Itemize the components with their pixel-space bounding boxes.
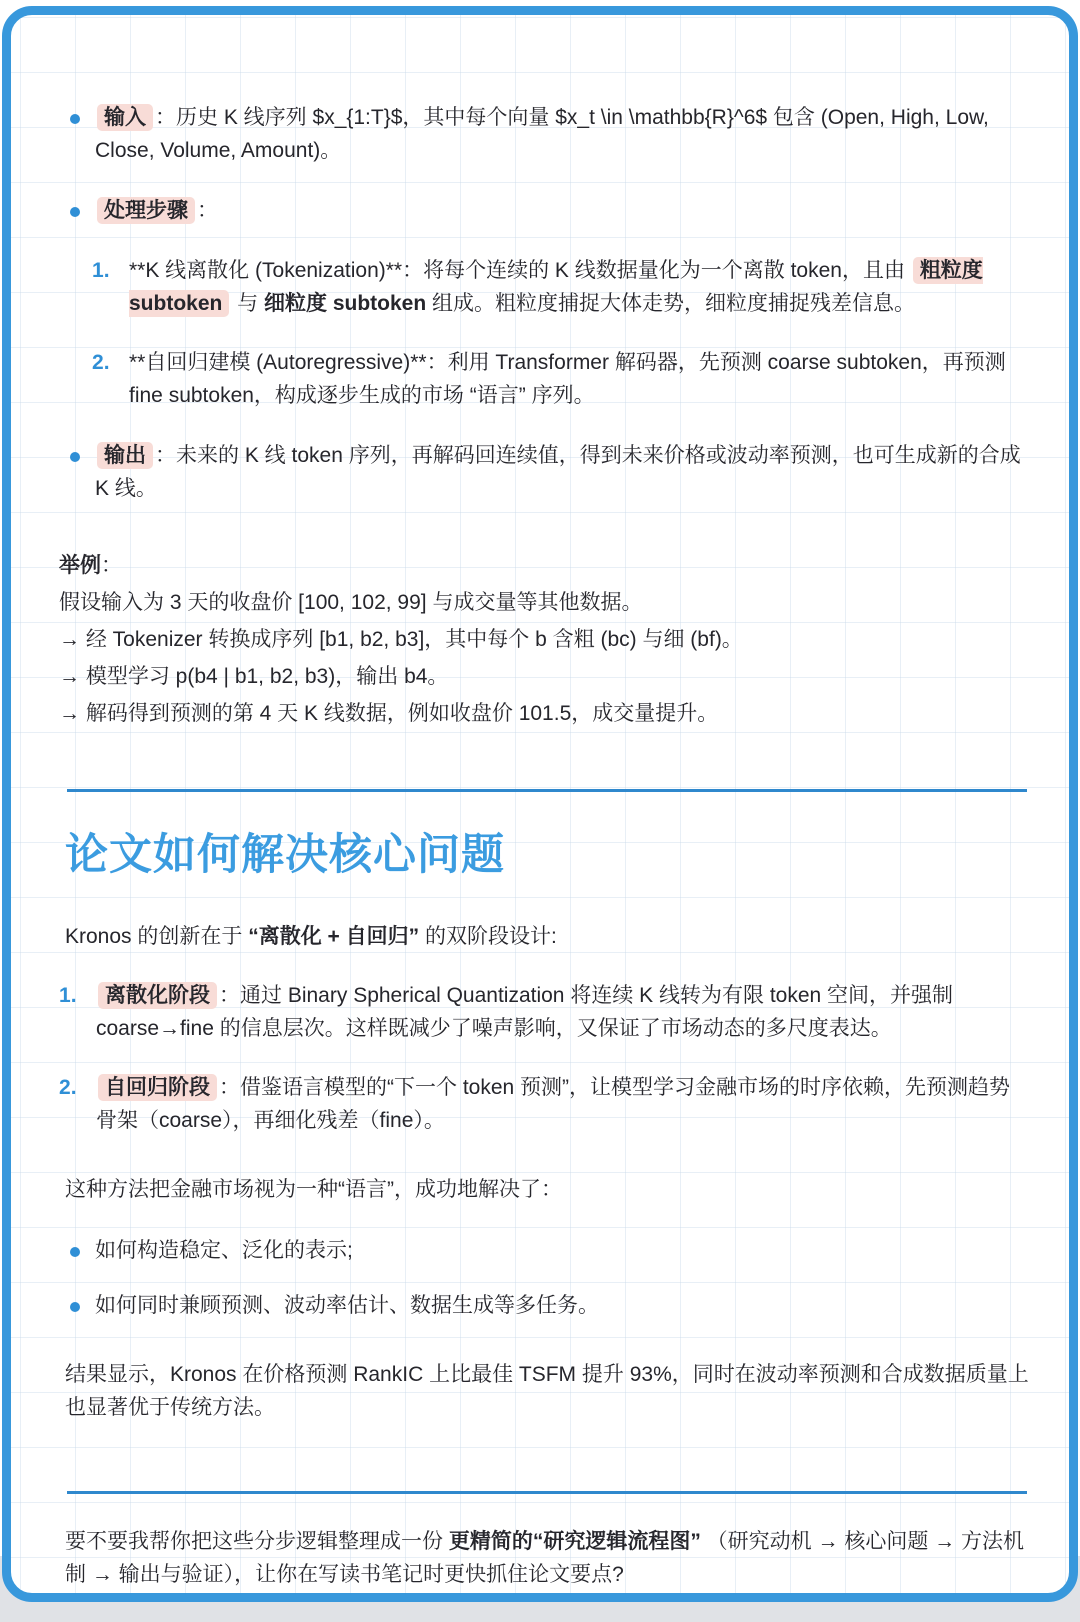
text-segment: ： xyxy=(197,199,218,222)
text-segment: 举例 xyxy=(59,554,101,577)
list-item-representation: 如何构造稳定、泛化的表示; xyxy=(59,1235,1031,1268)
text-segment: “离散化 + 自回归” xyxy=(248,925,419,948)
solved-problems-list: 如何构造稳定、泛化的表示; 如何同时兼顾预测、波动率估计、数据生成等多任务。 xyxy=(59,1235,1031,1323)
highlighted-term: 输入 xyxy=(97,104,153,131)
example-line: → 解码得到预测的第 4 天 K 线数据，例如收盘价 101.5，成交量提升。 xyxy=(59,698,1031,731)
output-bullet-list: 输出：未来的 K 线 token 序列，再解码回连续值，得到未来价格或波动率预测… xyxy=(59,440,1031,506)
example-title: 举例： xyxy=(59,550,1031,583)
process-steps-list: **K 线离散化 (Tokenization)**：将每个连续的 K 线数据量化… xyxy=(92,255,1031,413)
text-segment: → 模型学习 p(b4 | b1, b2, b3)，输出 b4。 xyxy=(59,665,448,688)
text-segment: ：历史 K 线序列 $x_{1:T}$，其中每个向量 $x_t \in \mat… xyxy=(95,106,989,162)
list-item-quantization-phase: 离散化阶段：通过 Binary Spherical Quantization 将… xyxy=(59,980,1031,1046)
list-item-input: 输入：历史 K 线序列 $x_{1:T}$，其中每个向量 $x_t \in \m… xyxy=(59,102,1031,168)
result-paragraph: 结果显示，Kronos 在价格预测 RankIC 上比最佳 TSFM 提升 93… xyxy=(65,1359,1031,1425)
list-item-process-label: 处理步骤： xyxy=(59,195,1031,228)
text-segment: 假设输入为 3 天的收盘价 [100, 102, 99] 与成交量等其他数据。 xyxy=(59,591,642,614)
text-segment: → 经 Tokenizer 转换成序列 [b1, b2, b3]，其中每个 b … xyxy=(59,628,743,651)
text-segment: 更精简的“研究逻辑流程图” xyxy=(449,1530,701,1553)
text-segment: 如何同时兼顾预测、波动率估计、数据生成等多任务。 xyxy=(95,1294,599,1317)
section-heading: 论文如何解决核心问题 xyxy=(65,830,1031,882)
text-segment: → 解码得到预测的第 4 天 K 线数据，例如收盘价 101.5，成交量提升。 xyxy=(59,702,718,725)
example-line: → 模型学习 p(b4 | b1, b2, b3)，输出 b4。 xyxy=(59,661,1031,694)
method-paragraph: 这种方法把金融市场视为一种“语言”，成功地解决了： xyxy=(65,1174,1031,1207)
closing-question-paragraph: 要不要我帮你把这些分步逻辑整理成一份 更精简的“研究逻辑流程图” （研究动机 →… xyxy=(65,1526,1031,1592)
highlighted-term: 离散化阶段 xyxy=(98,982,217,1009)
section-divider xyxy=(67,1491,1027,1494)
list-item-autoregressive: **自回归建模 (Autoregressive)**：利用 Transforme… xyxy=(92,347,1031,413)
kronos-intro-paragraph: Kronos 的创新在于 “离散化 + 自回归” 的双阶段设计: xyxy=(65,921,1031,954)
list-item-multitask: 如何同时兼顾预测、波动率估计、数据生成等多任务。 xyxy=(59,1290,1031,1323)
section-divider xyxy=(67,789,1027,792)
list-item-autoregressive-phase: 自回归阶段：借鉴语言模型的“下一个 token 预测”，让模型学习金融市场的时序… xyxy=(59,1072,1031,1138)
text-segment: 组成。粗粒度捕捉大体走势，细粒度捕捉残差信息。 xyxy=(426,292,915,315)
example-block: 举例： 假设输入为 3 天的收盘价 [100, 102, 99] 与成交量等其他… xyxy=(59,550,1031,731)
text-segment: 结果显示，Kronos 在价格预测 RankIC 上比最佳 TSFM 提升 93… xyxy=(65,1363,1029,1419)
phase-steps-list: 离散化阶段：通过 Binary Spherical Quantization 将… xyxy=(59,980,1031,1138)
note-content: 输入：历史 K 线序列 $x_{1:T}$，其中每个向量 $x_t \in \m… xyxy=(11,15,1069,1592)
text-segment: 细粒度 subtoken xyxy=(264,292,426,315)
io-bullet-list: 输入：历史 K 线序列 $x_{1:T}$，其中每个向量 $x_t \in \m… xyxy=(59,102,1031,228)
example-line: → 经 Tokenizer 转换成序列 [b1, b2, b3]，其中每个 b … xyxy=(59,624,1031,657)
list-item-tokenization: **K 线离散化 (Tokenization)**：将每个连续的 K 线数据量化… xyxy=(92,255,1031,321)
list-item-output: 输出：未来的 K 线 token 序列，再解码回连续值，得到未来价格或波动率预测… xyxy=(59,440,1031,506)
highlighted-term: 自回归阶段 xyxy=(98,1074,217,1101)
text-segment: 要不要我帮你把这些分步逻辑整理成一份 xyxy=(65,1530,449,1553)
text-segment: ：通过 Binary Spherical Quantization 将连续 K … xyxy=(96,984,953,1040)
text-segment: ：借鉴语言模型的“下一个 token 预测”，让模型学习金融市场的时序依赖，先预… xyxy=(96,1076,1010,1132)
text-segment: Kronos 的创新在于 xyxy=(65,925,248,948)
text-segment: 与 xyxy=(231,292,264,315)
text-segment: ： xyxy=(101,554,122,577)
text-segment: ：未来的 K 线 token 序列，再解码回连续值，得到未来价格或波动率预测，也… xyxy=(95,444,1021,500)
note-card: 输入：历史 K 线序列 $x_{1:T}$，其中每个向量 $x_t \in \m… xyxy=(2,6,1078,1602)
text-segment: 这种方法把金融市场视为一种“语言”，成功地解决了： xyxy=(65,1178,562,1201)
example-line: 假设输入为 3 天的收盘价 [100, 102, 99] 与成交量等其他数据。 xyxy=(59,587,1031,620)
text-segment: 的双阶段设计: xyxy=(419,925,557,948)
highlighted-term: 处理步骤 xyxy=(97,197,195,224)
highlighted-term: 输出 xyxy=(97,442,153,469)
text-segment: **自回归建模 (Autoregressive)**：利用 Transforme… xyxy=(129,351,1006,407)
text-segment: **K 线离散化 (Tokenization)**：将每个连续的 K 线数据量化… xyxy=(129,259,911,282)
text-segment: 如何构造稳定、泛化的表示; xyxy=(95,1239,353,1262)
